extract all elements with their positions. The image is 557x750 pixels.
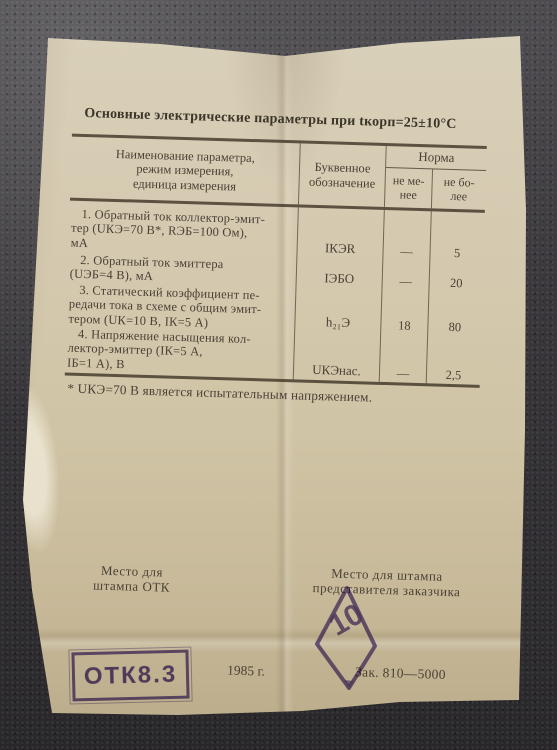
table-header-norma: Норма не ме- нее не бо- лее	[385, 146, 487, 210]
diamond-stamp-number: 10	[324, 597, 369, 642]
header-max-line: не бо-	[444, 176, 475, 190]
paper-document: Основные электрические параметры при tко…	[18, 30, 533, 722]
max-cell: 2,5	[427, 335, 481, 385]
symbol-cell: h₂₁Э	[294, 287, 382, 334]
header-symbol-line: обозначение	[309, 174, 376, 190]
diamond-stamp: 10	[314, 584, 378, 692]
min-cell: —	[382, 260, 430, 291]
symbol-cell: IЭБО	[295, 257, 383, 290]
symbol-cell: UКЭнас.	[293, 331, 381, 382]
min-cell: —	[383, 210, 431, 261]
norma-title: Норма	[386, 146, 487, 171]
max-cell: 5	[430, 211, 484, 263]
photo-background: Основные электрические параметры при tко…	[0, 0, 557, 750]
parameters-table: Наименование параметра, режим измерения,…	[65, 134, 487, 388]
print-year: 1985 г.	[227, 662, 265, 679]
printed-content: Основные электрические параметры при tко…	[0, 30, 533, 737]
max-cell: 20	[429, 261, 483, 293]
table-header-max: не бо- лее	[432, 169, 486, 210]
header-name-line: единица измерения	[133, 176, 236, 193]
header-min-line: нее	[400, 188, 417, 202]
table-header-parameter: Наименование параметра, режим измерения,…	[70, 137, 300, 205]
param-cell: 3. Статический коэффициент пе- редачи то…	[66, 281, 295, 332]
symbol-cell: IКЭR	[296, 207, 384, 260]
param-cell: 4. Напряжение насыщения кол- лектор-эмит…	[65, 325, 294, 380]
norma-subheaders: не ме- нее не бо- лее	[385, 168, 486, 210]
document-title: Основные электрические параметры при tко…	[45, 105, 495, 134]
header-max-line: лее	[450, 189, 467, 203]
otk-stamp-area-label: Место для штампа ОТК	[71, 562, 192, 596]
otk-department-stamp: ОТК8.3	[71, 650, 189, 702]
header-min-line: не ме-	[393, 175, 425, 189]
max-cell: 80	[428, 291, 482, 337]
param-cell: 1. Обратный ток коллектор-эмит- тер (UКЭ…	[68, 201, 297, 258]
table-header-symbol: Буквенное обозначение	[298, 143, 387, 207]
otk-label-line: штампа ОТК	[71, 577, 191, 596]
table-header-min: не ме- нее	[385, 168, 433, 208]
min-cell: 18	[381, 290, 429, 335]
min-cell: —	[380, 334, 428, 383]
